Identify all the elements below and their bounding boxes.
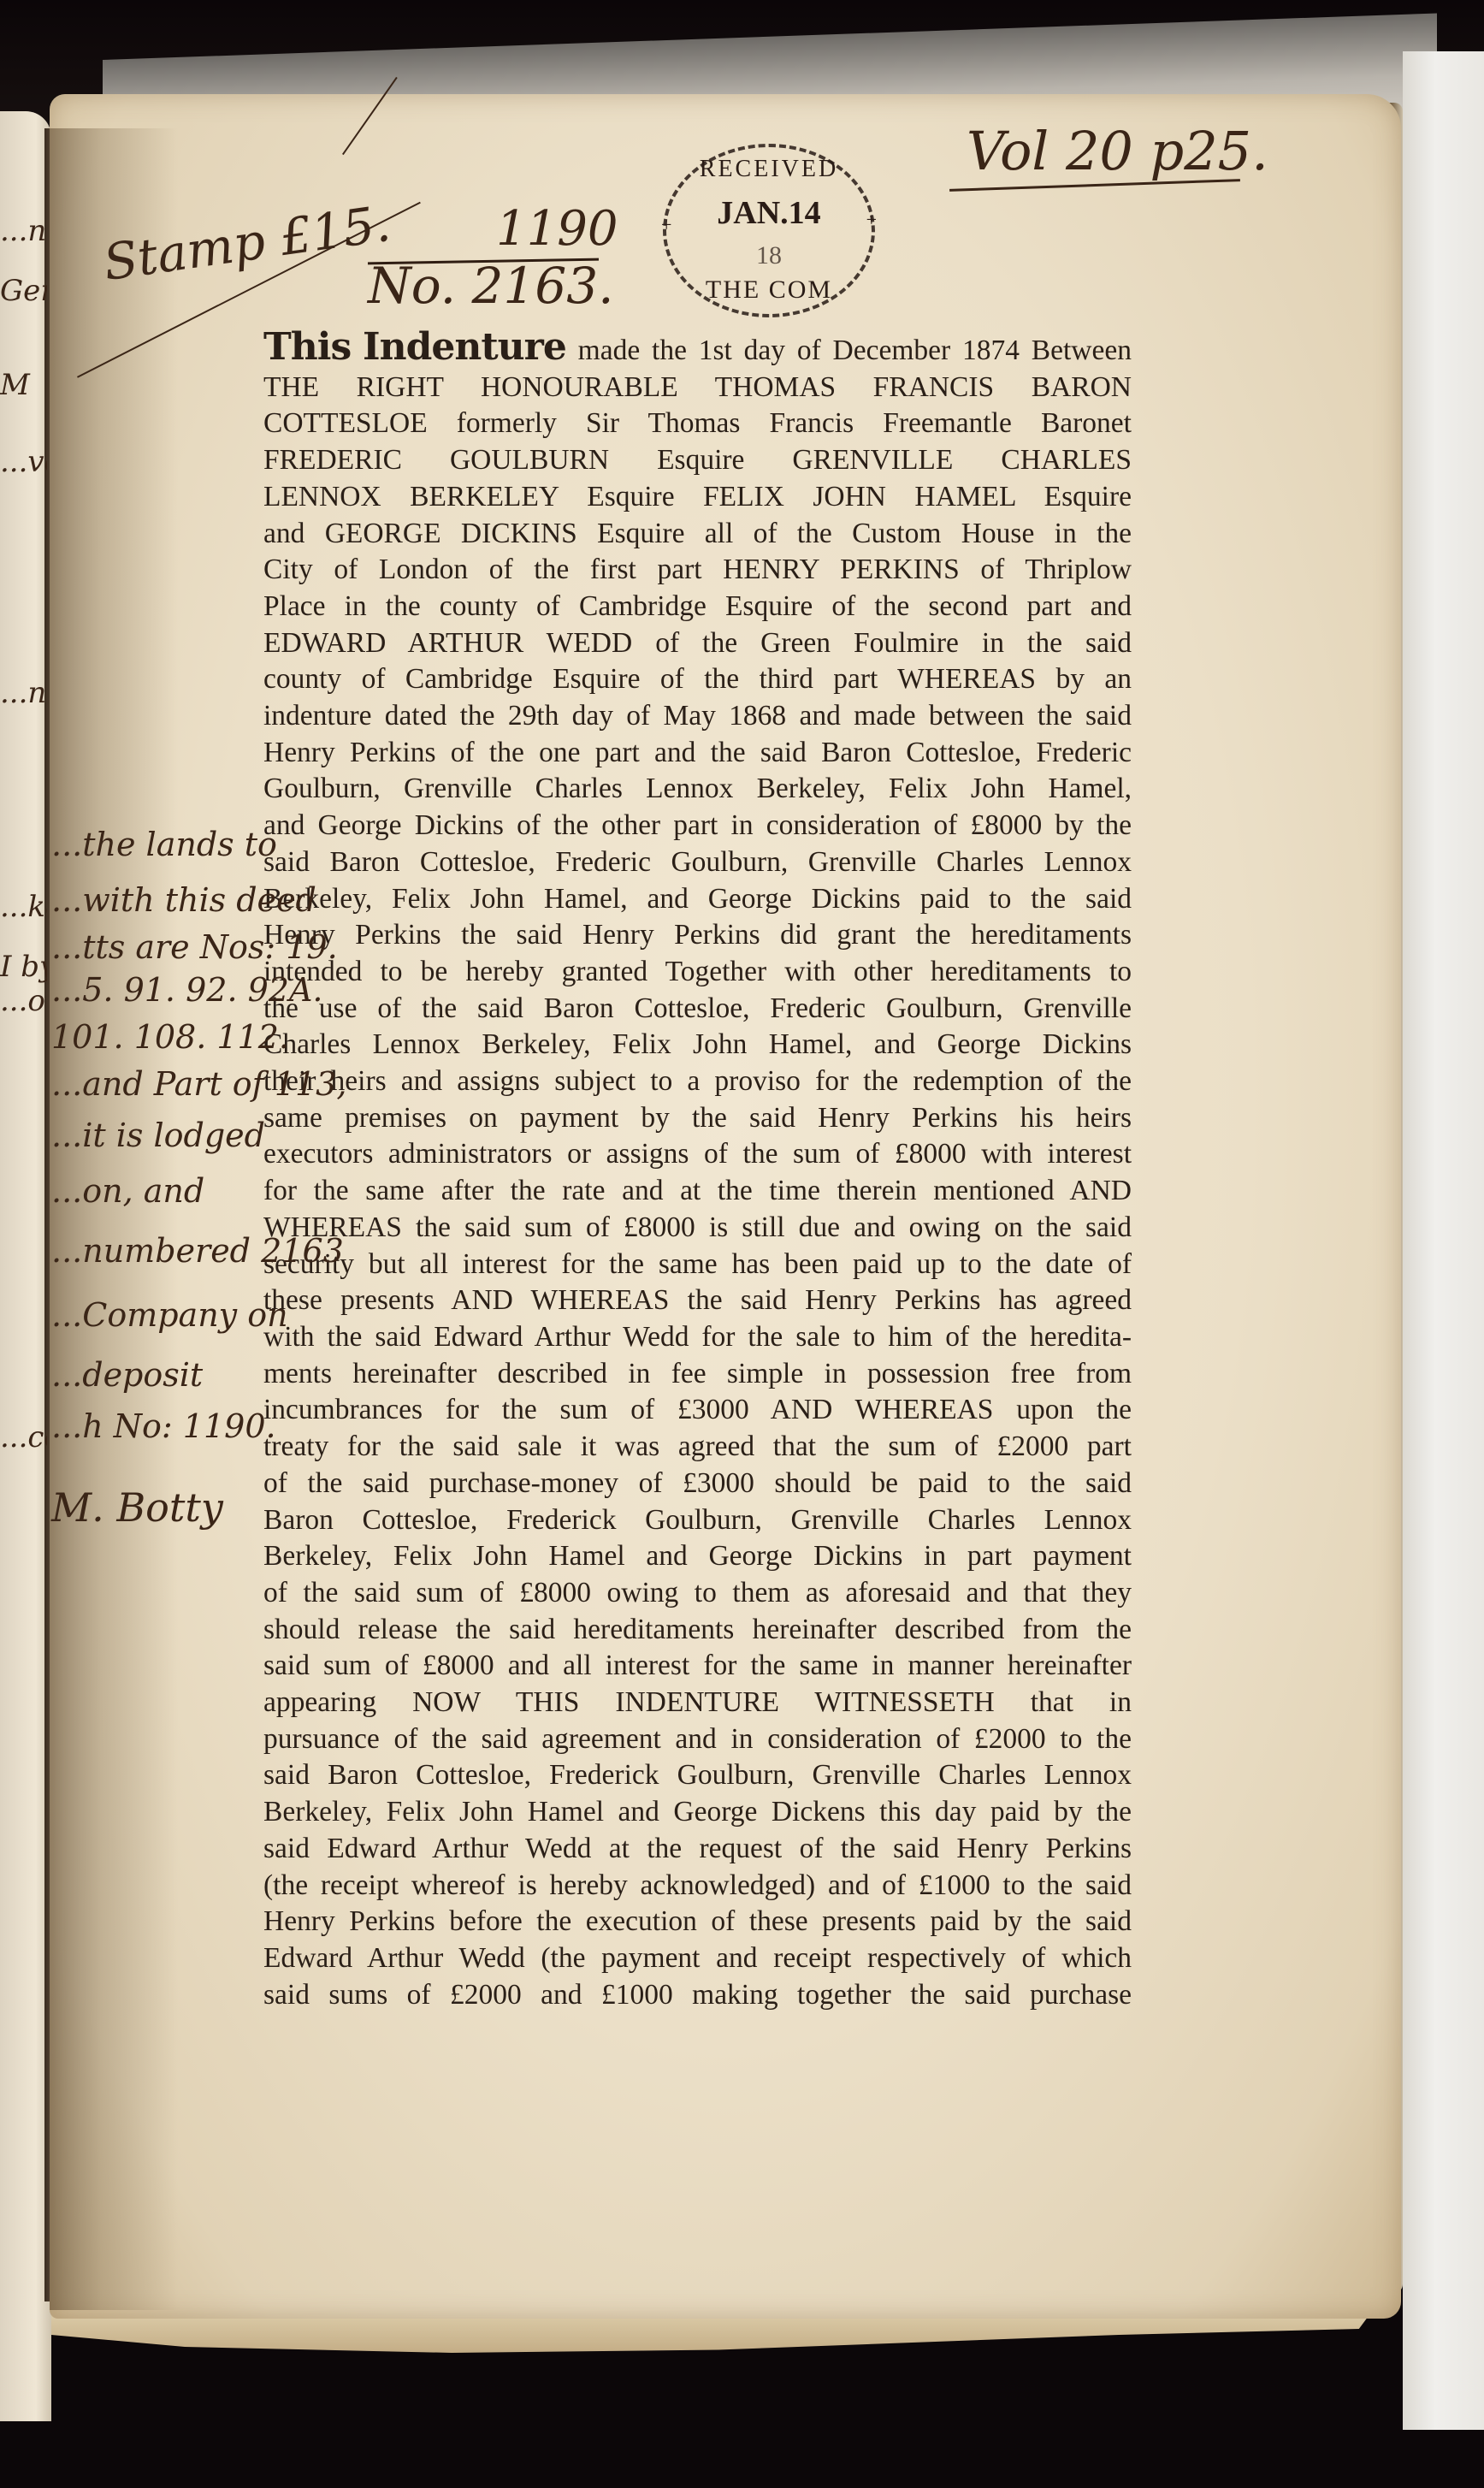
margin-note: ...the lands to — [51, 826, 277, 863]
body-line: said Baron Cottesloe, Frederic Goulburn,… — [263, 844, 1132, 881]
left-page-fragment: ...ong — [0, 984, 47, 1018]
body-line: said Baron Cottesloe, Frederick Goulburn… — [263, 1757, 1132, 1794]
signature: M. Botty — [51, 1484, 223, 1531]
body-line: Henry Perkins the said Henry Perkins did… — [263, 917, 1132, 954]
body-line: THE RIGHT HONOURABLE THOMAS FRANCIS BARO… — [263, 370, 1132, 406]
body-line: should release the said hereditaments he… — [263, 1612, 1132, 1649]
right-white-sheet — [1403, 51, 1484, 2430]
margin-note: ...5. 91. 92. 92A. — [51, 971, 322, 1009]
body-line: Berkeley, Felix John Hamel and George Di… — [263, 1794, 1132, 1831]
margin-note: ...with this deed — [51, 881, 316, 919]
body-line: said Edward Arthur Wedd at the request o… — [263, 1831, 1132, 1868]
margin-note: ...it is lodged — [51, 1117, 265, 1154]
body-line: said sum of £8000 and all interest for t… — [263, 1648, 1132, 1685]
margin-note: ...Company on — [51, 1296, 288, 1334]
body-line: Place in the county of Cambridge Esquire… — [263, 589, 1132, 625]
left-page-fragment: Gen — [0, 274, 47, 308]
body-line: LENNOX BERKELEY Esquire FELIX JOHN HAMEL… — [263, 479, 1132, 516]
body-line: same premises on payment by the said Hen… — [263, 1100, 1132, 1137]
stamp-top-text: RECEIVED — [666, 156, 872, 183]
body-line: said sums of £2000 and £1000 making toge… — [263, 1977, 1132, 2014]
body-line: for the same after the rate and at the t… — [263, 1173, 1132, 1210]
blackletter-this: This — [263, 325, 351, 369]
stamp-bottom-text: THE COM — [666, 275, 872, 305]
body-line: Baron Cottesloe, Frederick Goulburn, Gre… — [263, 1502, 1132, 1539]
body-line-text: made the 1st day of December 1874 Betwee… — [578, 335, 1132, 366]
body-line: Berkeley, Felix John Hamel and George Di… — [263, 1538, 1132, 1575]
left-page-fragment: ...ked — [0, 890, 47, 924]
body-line: COTTESLOE formerly Sir Thomas Francis Fr… — [263, 406, 1132, 442]
body-line: these presents AND WHEREAS the said Henr… — [263, 1283, 1132, 1319]
received-stamp: RECEIVED + JAN.14 + 18 THE COM — [663, 144, 875, 317]
body-line: City of London of the first part HENRY P… — [263, 552, 1132, 589]
body-line: indenture dated the 29th day of May 1868… — [263, 698, 1132, 735]
body-line: Henry Perkins of the one part and the sa… — [263, 735, 1132, 772]
left-page-fragment: ...ner — [0, 676, 47, 710]
blackletter-indenture: Indenture — [363, 325, 566, 369]
body-line: county of Cambridge Esquire of the third… — [263, 661, 1132, 698]
body-line: appearing NOW THIS INDENTURE WITNESSETH … — [263, 1685, 1132, 1721]
body-line: Edward Arthur Wedd (the payment and rece… — [263, 1940, 1132, 1977]
body-line: security but all interest for the same h… — [263, 1247, 1132, 1283]
left-page-fragment: ...con — [0, 1420, 47, 1454]
body-line: and George Dickins of the other part in … — [263, 808, 1132, 844]
body-line: incumbrances for the sum of £3000 AND WH… — [263, 1392, 1132, 1429]
body-line: pursuance of the said agreement and in c… — [263, 1721, 1132, 1758]
margin-note: ...tts are Nos: 19. — [51, 928, 338, 966]
stamp-year: 18 — [666, 241, 872, 270]
body-line: of the said sum of £8000 owing to them a… — [263, 1575, 1132, 1612]
margin-note: ...numbered 2163 — [51, 1232, 344, 1270]
body-line: the use of the said Baron Cottesloe, Fre… — [263, 991, 1132, 1028]
margin-note: ...h No: 1190. — [51, 1407, 276, 1445]
body-line: Berkeley, Felix John Hamel, and George D… — [263, 881, 1132, 918]
left-page-fragment: ...ve — [0, 445, 47, 479]
body-line: Henry Perkins before the execution of th… — [263, 1904, 1132, 1940]
deposit-number: 1190 — [496, 201, 618, 257]
body-line: with the said Edward Arthur Wedd for the… — [263, 1319, 1132, 1356]
margin-note: 101. 108. 112. — [51, 1018, 289, 1056]
stamp-cross-icon: + — [866, 209, 877, 231]
margin-note: ...on, and — [51, 1172, 204, 1210]
body-line: Charles Lennox Berkeley, Felix John Hame… — [263, 1027, 1132, 1063]
body-line: ments hereinafter described in fee simpl… — [263, 1356, 1132, 1393]
body-line: This Indenture made the 1st day of Decem… — [263, 329, 1132, 370]
left-page-fragment: ...nart — [0, 214, 47, 248]
left-page-fragment: M — [0, 368, 47, 402]
body-line: and GEORGE DICKINS Esquire all of the Cu… — [263, 516, 1132, 553]
body-line: executors administrators or assigns of t… — [263, 1136, 1132, 1173]
left-page-fragment: I by — [0, 950, 47, 984]
margin-note: ...and Part of 113, — [51, 1065, 346, 1103]
registration-number: No. 2163. — [368, 257, 614, 315]
body-line: WHEREAS the said sum of £8000 is still d… — [263, 1210, 1132, 1247]
body-line: treaty for the said sale it was agreed t… — [263, 1429, 1132, 1466]
volume-reference: Vol 20 p25. — [967, 120, 1268, 182]
body-line: of the said purchase-money of £3000 shou… — [263, 1466, 1132, 1502]
body-line: (the receipt whereof is hereby acknowled… — [263, 1868, 1132, 1905]
indenture-body: This Indenture made the 1st day of Decem… — [263, 329, 1132, 2013]
body-line: FREDERIC GOULBURN Esquire GRENVILLE CHAR… — [263, 442, 1132, 479]
stamp-date: JAN.14 — [666, 194, 872, 232]
body-line: their heirs and assigns subject to a pro… — [263, 1063, 1132, 1100]
body-line: EDWARD ARTHUR WEDD of the Green Foulmire… — [263, 625, 1132, 662]
body-line: Goulburn, Grenville Charles Lennox Berke… — [263, 771, 1132, 808]
margin-note: ...deposit — [51, 1356, 203, 1394]
body-line: intended to be hereby granted Together w… — [263, 954, 1132, 991]
